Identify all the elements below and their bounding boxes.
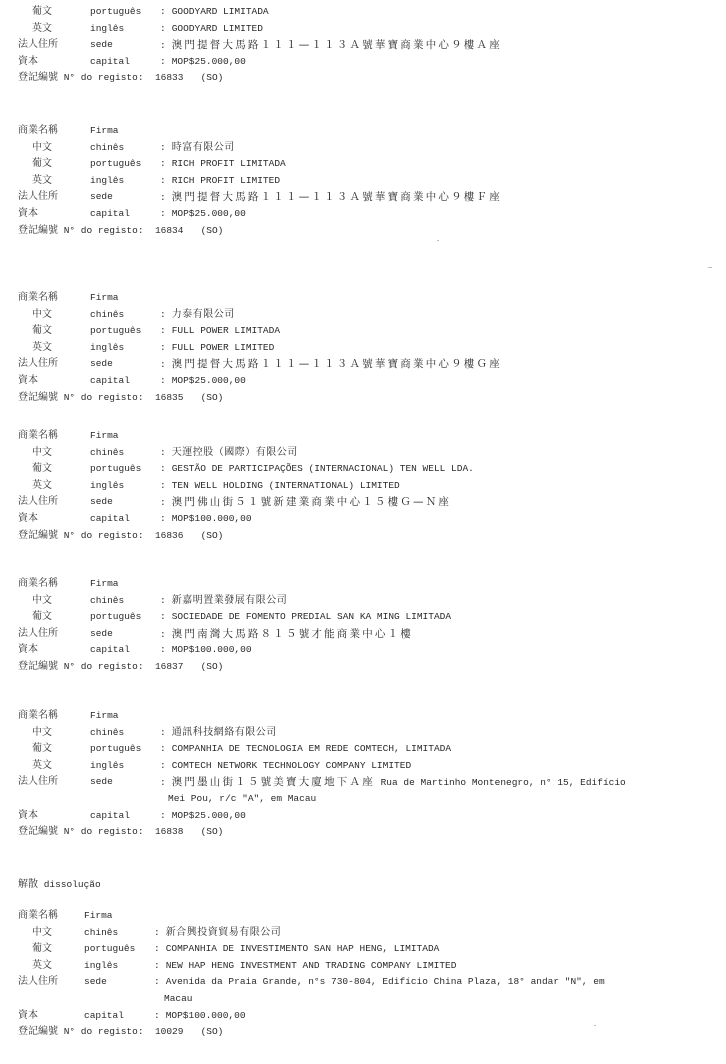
label-pt: capital — [90, 808, 130, 825]
label-pt: português — [90, 4, 141, 21]
label-zh: 商業名稱 — [18, 576, 58, 593]
label-zh: 英文 — [32, 478, 52, 495]
label-zh: 英文 — [32, 958, 52, 975]
scan-speck — [594, 1025, 596, 1026]
field-sede: 法人住所 sede :澳門提督大馬路１１１—１１３Ａ號華寶商業中心９樓Ｇ座 — [0, 356, 726, 373]
field-capital: 資本 capital :MOP$100.000,00 — [0, 642, 726, 659]
field-registo: 登記編號 N° do registo: 16834 (SO) — [0, 223, 726, 240]
field-sede: 法人住所 sede :澳門佛山街５１號新建業商業中心１５樓Ｇ—Ｎ座 — [0, 494, 726, 511]
value: :天運控股（國際）有限公司 — [160, 445, 298, 462]
registo-number: 16834 — [155, 225, 184, 236]
value: :COMTECH NETWORK TECHNOLOGY COMPANY LIMI… — [160, 758, 411, 775]
field-firma: 商業名稱 Firma — [0, 428, 726, 445]
label-zh: 中文 — [32, 140, 52, 157]
field-portugues: 葡文 português :SOCIEDADE DE FOMENTO PREDI… — [0, 609, 726, 626]
label-zh: 登記編號 — [18, 530, 58, 541]
label-pt: capital — [90, 642, 130, 659]
registo-number: 16835 — [155, 392, 184, 403]
field-chines: 中文 chinês :新嘉明置業發展有限公司 — [0, 593, 726, 610]
label-zh: 中文 — [32, 445, 52, 462]
field-chines: 中文 chinês :通訊科技網絡有限公司 — [0, 725, 726, 742]
value: :澳門提督大馬路１１１—１１３Ａ號華寶商業中心９樓Ｆ座 — [160, 189, 502, 207]
value: :FULL POWER LIMITED — [160, 340, 274, 357]
label-pt: português — [90, 461, 141, 478]
label-pt: chinês — [90, 140, 124, 157]
company-entry: 商業名稱 Firma 中文 chinês :力泰有限公司 葡文 portuguê… — [0, 290, 726, 406]
company-entry: 商業名稱 Firma 中文 chinês :時富有限公司 葡文 portuguê… — [0, 123, 726, 239]
value: :SOCIEDADE DE FOMENTO PREDIAL SAN KA MIN… — [160, 609, 451, 626]
value: :MOP$25.000,00 — [160, 206, 246, 223]
field-ingles: 英文 inglês :FULL POWER LIMITED — [0, 340, 726, 357]
field-portugues: 葡文 português :FULL POWER LIMITADA — [0, 323, 726, 340]
label-pt: chinês — [90, 307, 124, 324]
value: :新合興投資貿易有限公司 — [154, 925, 281, 942]
label-pt: N° do registo: — [64, 225, 144, 236]
label-zh: 中文 — [32, 307, 52, 324]
label-pt: N° do registo: — [64, 72, 144, 83]
label-zh: 中文 — [32, 725, 52, 742]
value: :通訊科技網絡有限公司 — [160, 725, 277, 742]
value: :GOODYARD LIMITADA — [160, 4, 269, 21]
field-capital: 資本 capital :MOP$100.000,00 — [0, 1008, 726, 1025]
label-pt: Firma — [90, 428, 119, 445]
scan-speck — [708, 267, 712, 268]
label-pt: capital — [84, 1008, 124, 1025]
label-pt: capital — [90, 54, 130, 71]
field-registo: 登記編號 N° do registo: 16833 (SO) — [0, 70, 726, 87]
field-firma: 商業名稱 Firma — [0, 708, 726, 725]
label-pt: N° do registo: — [64, 661, 144, 672]
label-pt: Firma — [90, 123, 119, 140]
scan-speck — [437, 240, 439, 241]
value: :力泰有限公司 — [160, 307, 235, 324]
value: :NEW HAP HENG INVESTMENT AND TRADING COM… — [154, 958, 456, 975]
label-zh: 葡文 — [32, 741, 52, 758]
value: :RICH PROFIT LIMITADA — [160, 156, 286, 173]
value: :FULL POWER LIMITADA — [160, 323, 280, 340]
label-pt: inglês — [90, 758, 124, 775]
label-zh: 葡文 — [32, 156, 52, 173]
field-sede: 法人住所 sede :澳門南灣大馬路８１５號才能商業中心１樓 — [0, 626, 726, 643]
label-pt: inglês — [84, 958, 118, 975]
label-pt: N° do registo: — [64, 1026, 144, 1037]
label-pt: Firma — [90, 708, 119, 725]
label-zh: 法人住所 — [18, 494, 58, 511]
label-pt: capital — [90, 206, 130, 223]
field-portugues: 葡文 português :COMPANHIA DE INVESTIMENTO … — [0, 941, 726, 958]
value: :澳門墨山街１５號美寶大廈地下Ａ座 Rua de Martinho Monten… — [160, 774, 626, 792]
label-pt: português — [90, 323, 141, 340]
field-sede-continued: Mei Pou, r/c "A", em Macau — [0, 791, 726, 808]
label-pt: inglês — [90, 21, 124, 38]
label-zh: 法人住所 — [18, 774, 58, 791]
field-firma: 商業名稱 Firma — [0, 123, 726, 140]
label-pt: capital — [90, 373, 130, 390]
field-portugues: 葡文 português :RICH PROFIT LIMITADA — [0, 156, 726, 173]
field-ingles: 英文 inglês :COMTECH NETWORK TECHNOLOGY CO… — [0, 758, 726, 775]
field-registo: 登記編號 N° do registo: 16836 (SO) — [0, 528, 726, 545]
label-pt: chinês — [90, 445, 124, 462]
field-firma: 商業名稱 Firma — [0, 290, 726, 307]
label-pt: chinês — [84, 925, 118, 942]
field-registo: 登記編號 N° do registo: 10029 (SO) — [0, 1024, 726, 1041]
field-portugues: 葡文 português :GESTÃO DE PARTICIPAÇÕES (I… — [0, 461, 726, 478]
value: :澳門提督大馬路１１１—１１３Ａ號華寶商業中心９樓Ａ座 — [160, 37, 502, 55]
field-capital: 資本 capital :MOP$25.000,00 — [0, 206, 726, 223]
field-sede: 法人住所 sede :澳門提督大馬路１１１—１１３Ａ號華寶商業中心９樓Ｆ座 — [0, 189, 726, 206]
value: :MOP$100.000,00 — [160, 642, 252, 659]
label-zh: 法人住所 — [18, 626, 58, 643]
label-zh: 中文 — [32, 593, 52, 610]
value: Macau — [164, 991, 193, 1008]
field-sede-continued: Macau — [0, 991, 726, 1008]
field-registo: 登記編號 N° do registo: 16837 (SO) — [0, 659, 726, 676]
label-pt: capital — [90, 511, 130, 528]
label-zh: 登記編號 — [18, 826, 58, 837]
value: :澳門佛山街５１號新建業商業中心１５樓Ｇ—Ｎ座 — [160, 494, 451, 512]
field-capital: 資本 capital :MOP$25.000,00 — [0, 808, 726, 825]
label-pt: sede — [84, 974, 107, 991]
label-pt: sede — [90, 356, 113, 373]
label-zh: 登記編號 — [18, 392, 58, 403]
label-zh: 法人住所 — [18, 974, 58, 991]
value: :TEN WELL HOLDING (INTERNATIONAL) LIMITE… — [160, 478, 400, 495]
value: :GOODYARD LIMITED — [160, 21, 263, 38]
value: :GESTÃO DE PARTICIPAÇÕES (INTERNACIONAL)… — [160, 461, 474, 478]
value: :澳門南灣大馬路８１５號才能商業中心１樓 — [160, 626, 413, 644]
field-sede: 法人住所 sede :澳門提督大馬路１１１—１１３Ａ號華寶商業中心９樓Ａ座 — [0, 37, 726, 54]
value: :MOP$100.000,00 — [160, 511, 252, 528]
registo-number: 16833 — [155, 72, 184, 83]
label-zh: 資本 — [18, 373, 38, 390]
label-zh: 資本 — [18, 642, 38, 659]
label-zh: 商業名稱 — [18, 290, 58, 307]
field-capital: 資本 capital :MOP$25.000,00 — [0, 54, 726, 71]
label-zh: 法人住所 — [18, 356, 58, 373]
value: :MOP$100.000,00 — [154, 1008, 246, 1025]
field-portugues: 葡文 português :COMPANHIA DE TECNOLOGIA EM… — [0, 741, 726, 758]
value: Mei Pou, r/c "A", em Macau — [168, 791, 316, 808]
company-entry: 商業名稱 Firma 中文 chinês :新嘉明置業發展有限公司 葡文 por… — [0, 576, 726, 676]
value: :澳門提督大馬路１１１—１１３Ａ號華寶商業中心９樓Ｇ座 — [160, 356, 502, 374]
label-pt: N° do registo: — [64, 530, 144, 541]
label-zh: 葡文 — [32, 461, 52, 478]
registo-number: 16838 — [155, 826, 184, 837]
label-pt: chinês — [90, 593, 124, 610]
label-pt: N° do registo: — [64, 392, 144, 403]
value: :時富有限公司 — [160, 140, 235, 157]
label-zh: 資本 — [18, 54, 38, 71]
label-pt: português — [90, 156, 141, 173]
label-pt: Firma — [90, 576, 119, 593]
label-pt: sede — [90, 626, 113, 643]
value: :MOP$25.000,00 — [160, 373, 246, 390]
label-zh: 英文 — [32, 173, 52, 190]
field-firma: 商業名稱 Firma — [0, 908, 726, 925]
registo-number: 16837 — [155, 661, 184, 672]
value: :MOP$25.000,00 — [160, 54, 246, 71]
label-zh: 法人住所 — [18, 37, 58, 54]
company-entry: 商業名稱 Firma 中文 chinês :通訊科技網絡有限公司 葡文 port… — [0, 708, 726, 841]
label-zh: 商業名稱 — [18, 708, 58, 725]
label-zh: 葡文 — [32, 323, 52, 340]
label-pt: sede — [90, 189, 113, 206]
label-zh: 商業名稱 — [18, 428, 58, 445]
field-ingles: 英文 inglês :RICH PROFIT LIMITED — [0, 173, 726, 190]
field-firma: 商業名稱 Firma — [0, 576, 726, 593]
label-pt: português — [90, 609, 141, 626]
field-portugues: 葡文 português :GOODYARD LIMITADA — [0, 4, 726, 21]
section-heading-dissolution: 解散 dissolução — [18, 877, 101, 893]
label-pt: inglês — [90, 340, 124, 357]
label-zh: 英文 — [32, 340, 52, 357]
value: :COMPANHIA DE INVESTIMENTO SAN HAP HENG,… — [154, 941, 439, 958]
value: :Avenida da Praia Grande, n°s 730-804, E… — [154, 974, 605, 991]
value: :MOP$25.000,00 — [160, 808, 246, 825]
label-zh: 登記編號 — [18, 225, 58, 236]
label-zh: 葡文 — [32, 4, 52, 21]
field-ingles: 英文 inglês :NEW HAP HENG INVESTMENT AND T… — [0, 958, 726, 975]
field-registo: 登記編號 N° do registo: 16838 (SO) — [0, 824, 726, 841]
value: :新嘉明置業發展有限公司 — [160, 593, 287, 610]
value: :COMPANHIA DE TECNOLOGIA EM REDE COMTECH… — [160, 741, 451, 758]
label-zh: 資本 — [18, 808, 38, 825]
label-pt: Firma — [84, 908, 113, 925]
label-zh: 資本 — [18, 206, 38, 223]
field-capital: 資本 capital :MOP$100.000,00 — [0, 511, 726, 528]
label-zh: 英文 — [32, 758, 52, 775]
label-zh: 英文 — [32, 21, 52, 38]
field-sede: 法人住所 sede :Avenida da Praia Grande, n°s … — [0, 974, 726, 991]
label-pt: N° do registo: — [64, 826, 144, 837]
label-zh: 葡文 — [32, 609, 52, 626]
label-zh: 登記編號 — [18, 72, 58, 83]
label-zh: 登記編號 — [18, 1026, 58, 1037]
label-pt: chinês — [90, 725, 124, 742]
label-zh: 登記編號 — [18, 661, 58, 672]
label-pt: português — [84, 941, 135, 958]
field-chines: 中文 chinês :天運控股（國際）有限公司 — [0, 445, 726, 462]
company-entry-goodyard: 葡文 português :GOODYARD LIMITADA 英文 inglê… — [0, 4, 726, 87]
field-sede: 法人住所 sede :澳門墨山街１５號美寶大廈地下Ａ座 Rua de Marti… — [0, 774, 726, 791]
company-entry: 商業名稱 Firma 中文 chinês :天運控股（國際）有限公司 葡文 po… — [0, 428, 726, 544]
registo-number: 16836 — [155, 530, 184, 541]
label-zh: 法人住所 — [18, 189, 58, 206]
label-zh: 資本 — [18, 511, 38, 528]
label-zh: 葡文 — [32, 941, 52, 958]
label-pt: Firma — [90, 290, 119, 307]
field-chines: 中文 chinês :力泰有限公司 — [0, 307, 726, 324]
label-zh: 中文 — [32, 925, 52, 942]
registo-number: 10029 — [155, 1026, 184, 1037]
field-capital: 資本 capital :MOP$25.000,00 — [0, 373, 726, 390]
label-pt: sede — [90, 37, 113, 54]
label-pt: sede — [90, 494, 113, 511]
field-ingles: 英文 inglês :TEN WELL HOLDING (INTERNATION… — [0, 478, 726, 495]
label-pt: inglês — [90, 173, 124, 190]
label-pt: inglês — [90, 478, 124, 495]
field-chines: 中文 chinês :新合興投資貿易有限公司 — [0, 925, 726, 942]
value: :RICH PROFIT LIMITED — [160, 173, 280, 190]
label-zh: 資本 — [18, 1008, 38, 1025]
label-pt: sede — [90, 774, 113, 791]
label-zh: 商業名稱 — [18, 908, 58, 925]
field-ingles: 英文 inglês :GOODYARD LIMITED — [0, 21, 726, 38]
field-registo: 登記編號 N° do registo: 16835 (SO) — [0, 390, 726, 407]
label-pt: português — [90, 741, 141, 758]
field-chines: 中文 chinês :時富有限公司 — [0, 140, 726, 157]
label-zh: 商業名稱 — [18, 123, 58, 140]
company-entry-dissolved: 商業名稱 Firma 中文 chinês :新合興投資貿易有限公司 葡文 por… — [0, 908, 726, 1041]
